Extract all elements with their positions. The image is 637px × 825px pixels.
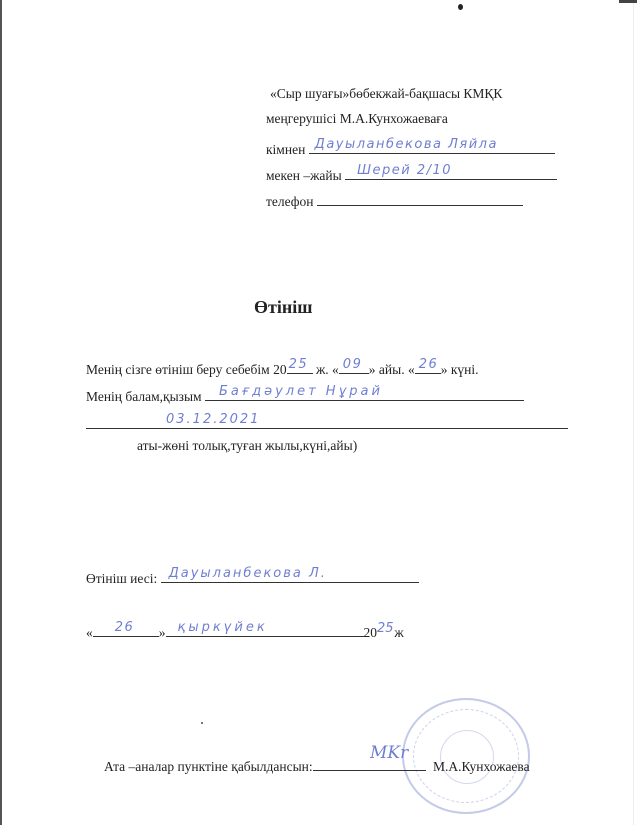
scan-corner-mark bbox=[619, 0, 637, 3]
address-row: мекен –жайы Шерей 2/10 bbox=[266, 165, 557, 184]
address-field[interactable]: Шерей 2/10 bbox=[345, 165, 557, 180]
scan-edge-right bbox=[633, 0, 634, 825]
applicant-row: Өтініш иесі: Дауыланбекова Л. bbox=[86, 568, 419, 587]
year-field[interactable]: 25 bbox=[287, 359, 313, 374]
date-month-value: қыркүйек bbox=[178, 620, 268, 635]
from-value: Дауыланбекова Ляйла bbox=[315, 137, 498, 152]
org-line: «Сыр шуағы»бөбекжай-бақшасы КМҚК bbox=[270, 86, 502, 102]
approver-name: М.А.Кунхожаева bbox=[433, 759, 530, 774]
day-suffix: » күні. bbox=[441, 362, 479, 377]
child-name-field[interactable]: Бағдәулет Нұрай bbox=[205, 386, 524, 401]
document-title: Өтініш bbox=[254, 297, 312, 318]
applicant-label: Өтініш иесі: bbox=[86, 571, 157, 586]
address-label: мекен –жайы bbox=[266, 168, 342, 183]
day-value: 26 bbox=[419, 357, 439, 372]
phone-label: телефон bbox=[266, 194, 314, 209]
applicant-field[interactable]: Дауыланбекова Л. bbox=[161, 568, 419, 583]
date-open: « bbox=[86, 625, 93, 640]
from-label: кімнен bbox=[266, 142, 305, 157]
reason-row: Менің сізге өтініш беру себебім 2025 ж. … bbox=[86, 359, 479, 378]
date-year-prefix: 20 bbox=[364, 625, 378, 640]
from-row: кімнен Дауыланбекова Ляйла bbox=[266, 139, 555, 158]
year-suffix: ж. « bbox=[313, 362, 339, 377]
date-mid: » bbox=[159, 625, 166, 640]
head-line: меңгерушісі М.А.Кунхожаеваға bbox=[266, 111, 448, 127]
child-birth-value: 03.12.2021 bbox=[166, 412, 260, 427]
child-birth-field[interactable]: 03.12.2021 bbox=[86, 414, 568, 429]
month-suffix: » айы. « bbox=[369, 362, 415, 377]
from-field[interactable]: Дауыланбекова Ляйла bbox=[309, 139, 555, 154]
month-field[interactable]: 09 bbox=[339, 359, 369, 374]
date-year-field[interactable]: 25 bbox=[377, 623, 391, 637]
approval-label: Ата –аналар пунктіне қабылдансын: bbox=[104, 759, 313, 774]
year-value: 25 bbox=[289, 357, 309, 372]
date-month-field[interactable]: қыркүйек bbox=[166, 622, 364, 637]
child-birth-row: 03.12.2021 bbox=[86, 414, 568, 433]
child-label: Менің балам,қызым bbox=[86, 389, 202, 404]
phone-field[interactable] bbox=[317, 191, 523, 206]
date-year-value: 25 bbox=[377, 621, 394, 636]
handwritten-signature: MKr bbox=[370, 743, 408, 763]
applicant-date-row: «26»қыркүйек2025 ж bbox=[86, 622, 404, 641]
child-row: Менің балам,қызым Бағдәулет Нұрай bbox=[86, 386, 524, 405]
phone-row: телефон bbox=[266, 191, 523, 210]
date-day-value: 26 bbox=[115, 620, 135, 635]
child-name-value: Бағдәулет Нұрай bbox=[219, 384, 383, 399]
day-field[interactable]: 26 bbox=[415, 359, 441, 374]
child-field-hint: аты-жөні толық,туған жылы,күні,айы) bbox=[137, 438, 357, 454]
month-value: 09 bbox=[343, 357, 363, 372]
address-value: Шерей 2/10 bbox=[357, 163, 452, 178]
scan-speck bbox=[201, 722, 203, 724]
applicant-value: Дауыланбекова Л. bbox=[169, 566, 327, 581]
approval-row: Ата –аналар пунктіне қабылдансын: М.А.Ку… bbox=[104, 756, 530, 775]
reason-prefix: Менің сізге өтініш беру себебім 20 bbox=[86, 362, 287, 377]
scan-dot bbox=[458, 4, 463, 10]
date-day-field[interactable]: 26 bbox=[93, 622, 159, 637]
scan-edge-left bbox=[0, 0, 2, 825]
